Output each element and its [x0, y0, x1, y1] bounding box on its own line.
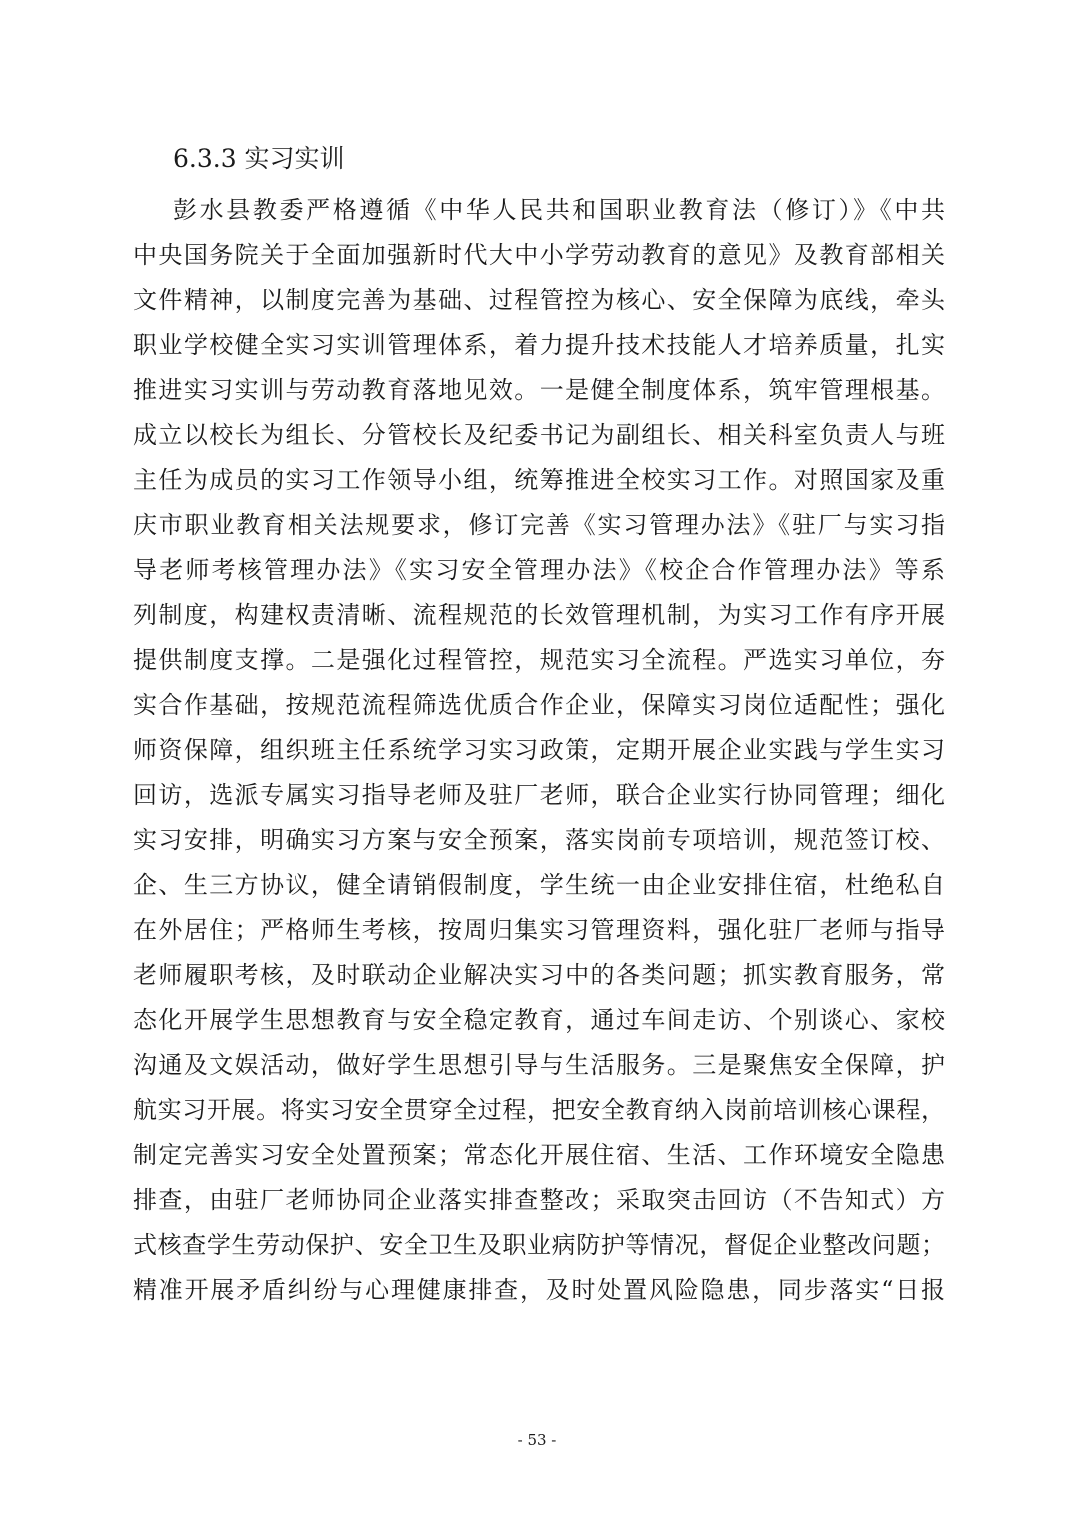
text-line: 师资保障，组织班主任系统学习实习政策，定期开展企业实践与学生实习: [133, 728, 945, 773]
text-line: 式核查学生劳动保护、安全卫生及职业病防护等情况，督促企业整改问题；: [133, 1223, 945, 1268]
text-line: 回访，选派专属实习指导老师及驻厂老师，联合企业实行协同管理；细化: [133, 773, 945, 818]
section-heading: 6.3.3 实习实训: [173, 143, 345, 175]
text-line: 导老师考核管理办法》《实习安全管理办法》《校企合作管理办法》等系: [133, 548, 945, 593]
text-line: 推进实习实训与劳动教育落地见效。一是健全制度体系，筑牢管理根基。: [133, 368, 945, 413]
text-line: 实合作基础，按规范流程筛选优质合作企业，保障实习岗位适配性；强化: [133, 683, 945, 728]
text-line: 庆市职业教育相关法规要求，修订完善《实习管理办法》《驻厂与实习指: [133, 503, 945, 548]
text-line: 成立以校长为组长、分管校长及纪委书记为副组长、相关科室负责人与班: [133, 413, 945, 458]
text-line: 提供制度支撑。二是强化过程管控，规范实习全流程。严选实习单位，夯: [133, 638, 945, 683]
body-paragraph: 彭水县教委严格遵循《中华人民共和国职业教育法（修订）》《中共 中央国务院关于全面…: [133, 188, 945, 1313]
page-number: - 53 -: [0, 1430, 1074, 1450]
text-line: 精准开展矛盾纠纷与心理健康排查，及时处置风险隐患，同步落实“日报: [133, 1268, 945, 1313]
text-line: 排查，由驻厂老师协同企业落实排查整改；采取突击回访（不告知式）方: [133, 1178, 945, 1223]
text-line: 彭水县教委严格遵循《中华人民共和国职业教育法（修订）》《中共: [133, 188, 945, 233]
text-line: 职业学校健全实习实训管理体系，着力提升技术技能人才培养质量，扎实: [133, 323, 945, 368]
text-line: 沟通及文娱活动，做好学生思想引导与生活服务。三是聚焦安全保障，护: [133, 1043, 945, 1088]
text-line: 航实习开展。将实习安全贯穿全过程，把安全教育纳入岗前培训核心课程，: [133, 1088, 945, 1133]
text-line: 中央国务院关于全面加强新时代大中小学劳动教育的意见》及教育部相关: [133, 233, 945, 278]
text-line: 文件精神，以制度完善为基础、过程管控为核心、安全保障为底线，牵头: [133, 278, 945, 323]
text-line: 老师履职考核，及时联动企业解决实习中的各类问题；抓实教育服务，常: [133, 953, 945, 998]
text-line: 实习安排，明确实习方案与安全预案，落实岗前专项培训，规范签订校、: [133, 818, 945, 863]
text-line: 列制度，构建权责清晰、流程规范的长效管理机制，为实习工作有序开展: [133, 593, 945, 638]
text-line: 企、生三方协议，健全请销假制度，学生统一由企业安排住宿，杜绝私自: [133, 863, 945, 908]
text-line: 在外居住；严格师生考核，按周归集实习管理资料，强化驻厂老师与指导: [133, 908, 945, 953]
text-line: 制定完善实习安全处置预案；常态化开展住宿、生活、工作环境安全隐患: [133, 1133, 945, 1178]
text-line: 主任为成员的实习工作领导小组，统筹推进全校实习工作。对照国家及重: [133, 458, 945, 503]
text-line: 态化开展学生思想教育与安全稳定教育，通过车间走访、个别谈心、家校: [133, 998, 945, 1043]
document-page: 6.3.3 实习实训 彭水县教委严格遵循《中华人民共和国职业教育法（修订）》《中…: [0, 0, 1074, 1520]
